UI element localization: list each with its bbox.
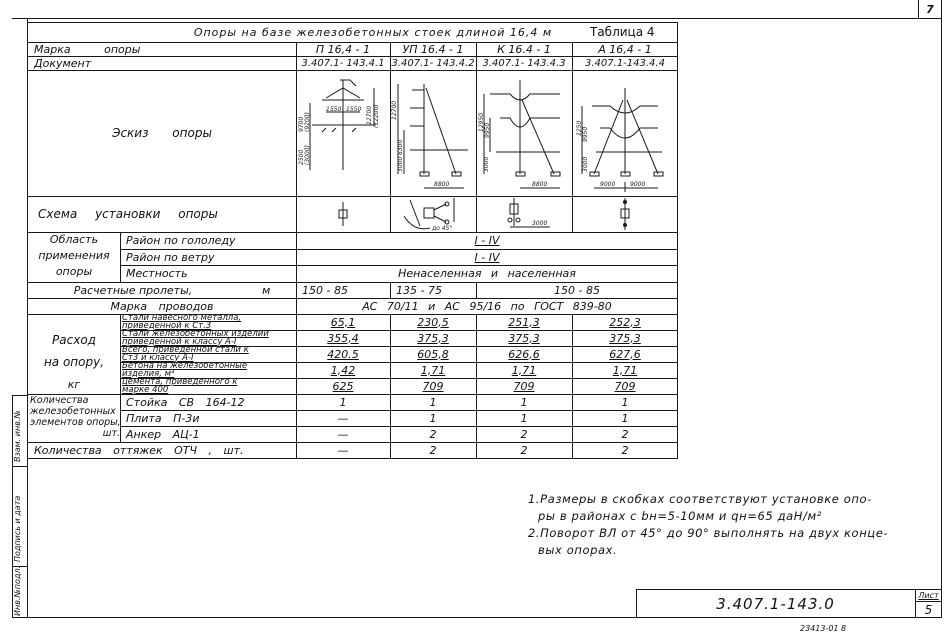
consumption-row-label: Стали навесного металла,приведенной к Ст… bbox=[122, 315, 294, 330]
consumption-value: 251,3 bbox=[476, 314, 572, 330]
element-value: 1 bbox=[390, 410, 476, 426]
element-value: 2 bbox=[390, 426, 476, 442]
element-value: 2 bbox=[476, 426, 572, 442]
stamp-replace-inv: Взам. инв.№ bbox=[13, 410, 22, 462]
wires-value: АС 70/11 и АС 95/16 по ГОСТ 839-80 bbox=[296, 298, 678, 314]
guys-col-2: 2 bbox=[390, 442, 476, 458]
sketch-corner-support: 12700 8300 3000 8800 bbox=[390, 70, 476, 196]
svg-text:до 45°: до 45° bbox=[431, 225, 452, 232]
mark-col-2: УП 16.4 - 1 bbox=[390, 42, 476, 56]
note-2-line-2: вых опорах. bbox=[538, 543, 617, 557]
consumption-row-label: Стали железобетонных изделийприведенной … bbox=[122, 331, 294, 346]
spans-col-3-4: 150 - 85 bbox=[476, 282, 678, 298]
consumption-label-3: кг bbox=[28, 374, 120, 394]
consumption-label-2: на опору, bbox=[28, 352, 120, 372]
consumption-row-label: Бетона на железобетонныеизделия, м³ bbox=[122, 363, 294, 378]
element-value: 2 bbox=[572, 426, 678, 442]
icing-region-value: I - IV bbox=[296, 232, 678, 249]
wind-region-value: I - IV bbox=[296, 249, 678, 265]
consumption-row-label-line: Ст3 и классу А-I bbox=[122, 355, 294, 363]
svg-text:9000: 9000 bbox=[630, 181, 645, 188]
stamp-signature-date: Подпись и дата bbox=[13, 496, 22, 562]
consumption-value: 420.5 bbox=[296, 346, 390, 362]
consumption-row-label-line: изделия, м³ bbox=[122, 371, 294, 379]
consumption-value: 626,6 bbox=[476, 346, 572, 362]
table-title: Опоры на базе железобетонных стоек длино… bbox=[28, 22, 588, 42]
mark-col-1: П 16,4 - 1 bbox=[296, 42, 390, 56]
consumption-value: 709 bbox=[476, 378, 572, 394]
element-value: 1 bbox=[296, 394, 390, 410]
consumption-value: 1,42 bbox=[296, 362, 390, 378]
spans-unit: м bbox=[262, 282, 292, 298]
frame-right bbox=[941, 0, 942, 618]
svg-text:1550: 1550 bbox=[346, 106, 361, 113]
svg-text:3000: 3000 bbox=[582, 157, 589, 172]
install-scheme-label: Схема установки опоры bbox=[28, 196, 296, 232]
element-value: 1 bbox=[476, 410, 572, 426]
svg-text:8800: 8800 bbox=[434, 181, 449, 188]
svg-text:9950: 9950 bbox=[582, 127, 589, 142]
spans-label: Расчетные пролеты, bbox=[28, 282, 238, 298]
install-scheme-3: 3000 bbox=[476, 196, 572, 232]
consumption-row-label-line: приведенной к классу А-I bbox=[122, 339, 294, 347]
consumption-value: 230,5 bbox=[390, 314, 476, 330]
element-value: 1 bbox=[476, 394, 572, 410]
document-col-2: 3.407.1- 143.4.2 bbox=[390, 56, 476, 70]
consumption-row-label-line: приведенной к Ст.3 bbox=[122, 323, 294, 331]
guys-col-1: — bbox=[296, 442, 390, 458]
mark-col-4: А 16,4 - 1 bbox=[572, 42, 678, 56]
element-row-label: Стойка СВ 164-12 bbox=[120, 394, 296, 410]
consumption-row-label-line: марке 400 bbox=[122, 387, 294, 395]
terrain-label: Местность bbox=[120, 265, 296, 282]
svg-text:12700: 12700 bbox=[391, 101, 398, 120]
note-2-line-1: 2.Поворот ВЛ от 45° до 90° выполнять на … bbox=[528, 526, 888, 540]
svg-text:3000: 3000 bbox=[483, 157, 490, 172]
element-row-label: Плита П-3и bbox=[120, 410, 296, 426]
stamp-line-2 bbox=[12, 466, 28, 467]
elements-label-1: Количества bbox=[30, 395, 122, 406]
elements-group-label: Количества железобетонных элементов опор… bbox=[28, 395, 122, 442]
consumption-value: 1,71 bbox=[572, 362, 678, 378]
install-scheme-1 bbox=[296, 196, 390, 232]
document-col-1: 3.407.1- 143.4.1 bbox=[296, 56, 390, 70]
note-1-line-1: 1.Размеры в скобках соответствуют устано… bbox=[528, 492, 872, 506]
consumption-value: 709 bbox=[572, 378, 678, 394]
svg-text:9000: 9000 bbox=[600, 181, 615, 188]
stamp-inv-original: Инв.№подл. bbox=[13, 566, 22, 616]
svg-text:12700: 12700 bbox=[366, 106, 373, 125]
install-scheme-4 bbox=[572, 196, 678, 232]
svg-text:(3000): (3000) bbox=[304, 145, 311, 165]
sheet-number: 5 bbox=[916, 602, 941, 617]
consumption-row-label: Всего, приведенной стали кСт3 и классу А… bbox=[122, 347, 294, 362]
elements-label-3: элементов опоры, bbox=[30, 417, 122, 428]
terrain-value: Ненаселенная и населенная bbox=[296, 265, 678, 282]
consumption-value: 355,4 bbox=[296, 330, 390, 346]
icing-region-label: Район по гололеду bbox=[120, 232, 296, 249]
document-col-3: 3.407.1- 143.4.3 bbox=[476, 56, 572, 70]
mark-label: Марка опоры bbox=[28, 42, 296, 56]
consumption-value: 625 bbox=[296, 378, 390, 394]
consumption-value: 65,1 bbox=[296, 314, 390, 330]
sketch-anchor-support: 1250 9950 3000 9000 9000 bbox=[572, 70, 678, 196]
spans-col-1: 150 - 85 bbox=[296, 282, 390, 298]
svg-text:3000: 3000 bbox=[397, 157, 404, 172]
sketch-intermediate-support: 9700 (9200) 2500 (3000) 1550 1550 12700 … bbox=[296, 70, 390, 196]
document-col-4: 3.407.1-143.4.4 bbox=[572, 56, 678, 70]
mark-col-3: К 16.4 - 1 bbox=[476, 42, 572, 56]
frame-top bbox=[12, 18, 942, 19]
consumption-value: 709 bbox=[390, 378, 476, 394]
consumption-value: 375,3 bbox=[390, 330, 476, 346]
element-value: — bbox=[296, 426, 390, 442]
sketch-end-support: 12950 9950 3000 8800 bbox=[476, 70, 572, 196]
install-scheme-2: до 45° bbox=[390, 196, 476, 232]
sketch-label: Эскиз опоры bbox=[28, 70, 296, 196]
consumption-value: 375,3 bbox=[476, 330, 572, 346]
wires-label: Марка проводов bbox=[28, 298, 296, 314]
wind-region-label: Район по ветру bbox=[120, 249, 296, 265]
svg-text:8300: 8300 bbox=[397, 140, 404, 155]
consumption-value: 1,71 bbox=[390, 362, 476, 378]
page-number-top: 7 bbox=[919, 0, 941, 18]
element-row-label: Анкер АЦ-1 bbox=[120, 426, 296, 442]
sheet-label: Лист bbox=[916, 589, 941, 601]
consumption-value: 627,6 bbox=[572, 346, 678, 362]
spans-col-2: 135 - 75 bbox=[390, 282, 476, 298]
svg-text:(12200): (12200) bbox=[373, 104, 380, 128]
consumption-label-1: Расход bbox=[28, 330, 120, 350]
frame-bottom bbox=[12, 617, 942, 618]
doc-code: 3.407.1-143.0 bbox=[636, 590, 915, 617]
svg-text:3000: 3000 bbox=[532, 220, 547, 227]
svg-text:1550: 1550 bbox=[326, 106, 341, 113]
elements-label-2: железобетонных bbox=[30, 406, 122, 417]
document-label: Документ bbox=[28, 56, 296, 70]
consumption-row-label: цемента, приведенного кмарке 400 bbox=[122, 379, 294, 394]
application-area-label: Область применения опоры bbox=[28, 232, 120, 282]
note-1-line-2: ры в районах с bн=5-10мм и qн=65 даН/м² bbox=[538, 509, 822, 523]
table-label: Таблица 4 bbox=[590, 22, 680, 42]
rule bbox=[28, 458, 678, 459]
element-value: 1 bbox=[390, 394, 476, 410]
svg-text:9950: 9950 bbox=[484, 123, 491, 138]
guys-col-4: 2 bbox=[572, 442, 678, 458]
consumption-value: 252,3 bbox=[572, 314, 678, 330]
guys-label: Количества оттяжек ОТЧ , шт. bbox=[28, 442, 296, 458]
guys-col-3: 2 bbox=[476, 442, 572, 458]
footer-code: 23413-01 8 bbox=[800, 622, 920, 634]
stamp-line-1 bbox=[12, 395, 28, 396]
svg-text:8800: 8800 bbox=[532, 181, 547, 188]
consumption-value: 1,71 bbox=[476, 362, 572, 378]
consumption-value: 375,3 bbox=[572, 330, 678, 346]
svg-text:(9200): (9200) bbox=[304, 112, 311, 132]
element-value: 1 bbox=[572, 410, 678, 426]
elements-label-4: шт. bbox=[30, 428, 122, 439]
consumption-value: 605,8 bbox=[390, 346, 476, 362]
element-value: — bbox=[296, 410, 390, 426]
element-value: 1 bbox=[572, 394, 678, 410]
